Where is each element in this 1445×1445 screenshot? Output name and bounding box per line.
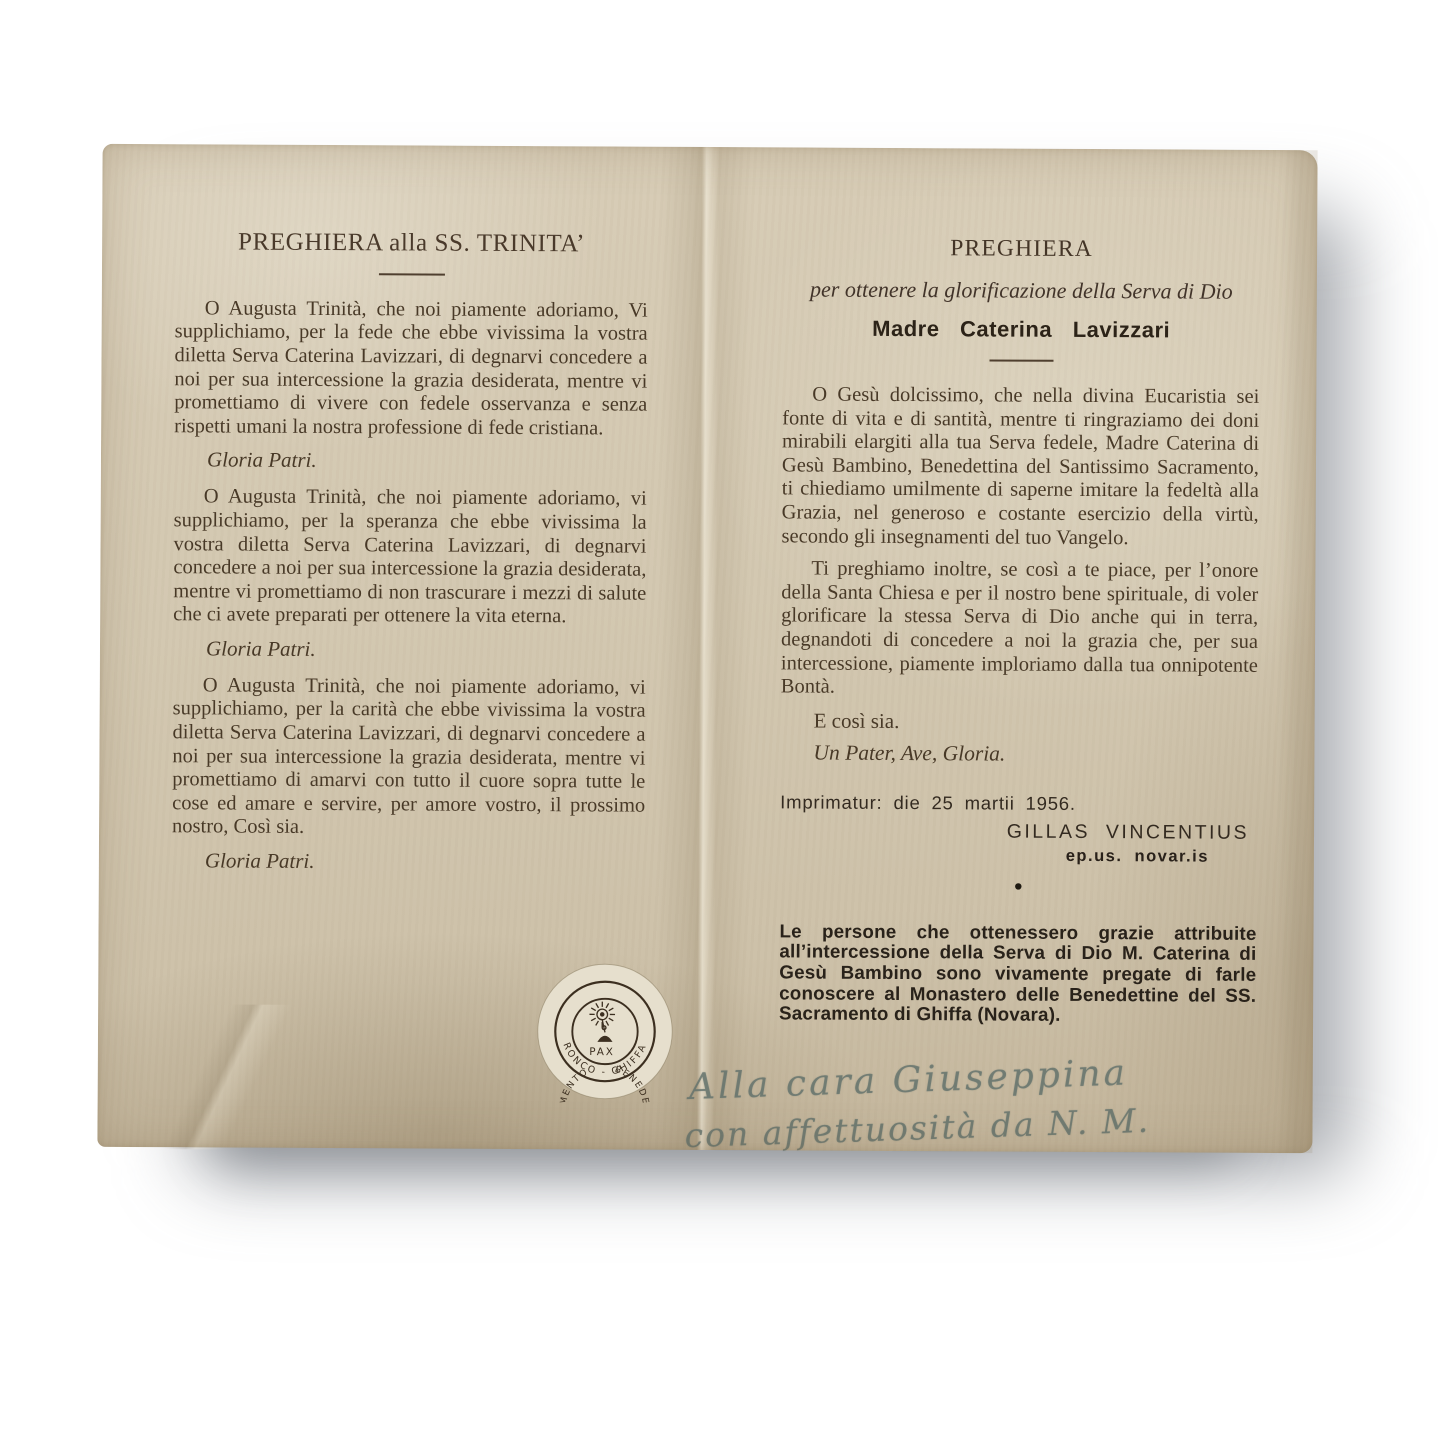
devotion-line: Un Pater, Ave, Gloria. [780, 740, 1257, 767]
page-left: PREGHIERA alla SS. TRINITA’ O Augusta Tr… [97, 144, 709, 1150]
prayer-paragraph-fede: O Augusta Trinità, che noi piamente ador… [174, 297, 648, 441]
separator-dot: ● [780, 877, 1257, 896]
prayer-paragraph-eucaristia: O Gesù dolcissimo, che nella divina Euca… [782, 383, 1260, 551]
right-title-rule [989, 359, 1053, 361]
servant-name: Madre Caterina Lavizzari [783, 315, 1260, 343]
photo-scene: PREGHIERA alla SS. TRINITA’ O Augusta Tr… [0, 0, 1445, 1445]
prayer-card: PREGHIERA alla SS. TRINITA’ O Augusta Tr… [97, 144, 1317, 1153]
monastery-seal-graphic: BENEDETTINE DEL SS. SACRAMENTO RONCO - G… [534, 960, 677, 1103]
imprimatur-line: Imprimatur: die 25 martii 1956. [780, 791, 1257, 815]
prayer-paragraph-carita: O Augusta Trinità, che noi piamente ador… [172, 674, 646, 842]
right-page-subtitle: per ottenere la glorificazione della Ser… [783, 276, 1260, 304]
left-page-title: PREGHIERA alla SS. TRINITA’ [175, 228, 648, 259]
prayer-paragraph-speranza: O Augusta Trinità, che noi piamente ador… [173, 486, 647, 630]
monastery-seal: BENEDETTINE DEL SS. SACRAMENTO RONCO - G… [534, 960, 677, 1103]
right-page-content: PREGHIERA per ottenere la glorificazione… [705, 147, 1317, 1153]
left-title-rule [378, 273, 444, 275]
gloria-patri-response: Gloria Patri. [172, 848, 645, 875]
left-page-content: PREGHIERA alla SS. TRINITA’ O Augusta Tr… [99, 144, 710, 876]
gloria-patri-response: Gloria Patri. [173, 636, 646, 663]
amen-line: E così sia. [781, 708, 1258, 735]
right-page-title: PREGHIERA [783, 234, 1260, 264]
bishop-name: GILLAS VINCENTIUS [780, 819, 1249, 844]
bishop-title: ep.us. novar.is [780, 845, 1209, 866]
seal-pax-text: PAX [589, 1046, 615, 1058]
prayer-paragraph-glorificazione: Ti preghiamo inoltre, se così a te piace… [781, 558, 1259, 702]
page-right: PREGHIERA per ottenere la glorificazione… [705, 147, 1317, 1153]
handwritten-dedication: Alla cara Giuseppina con affettuosità da… [688, 1046, 1321, 1155]
gloria-patri-response: Gloria Patri. [174, 448, 647, 475]
graces-notice: Le persone che ottenessero grazie attrib… [779, 921, 1257, 1026]
